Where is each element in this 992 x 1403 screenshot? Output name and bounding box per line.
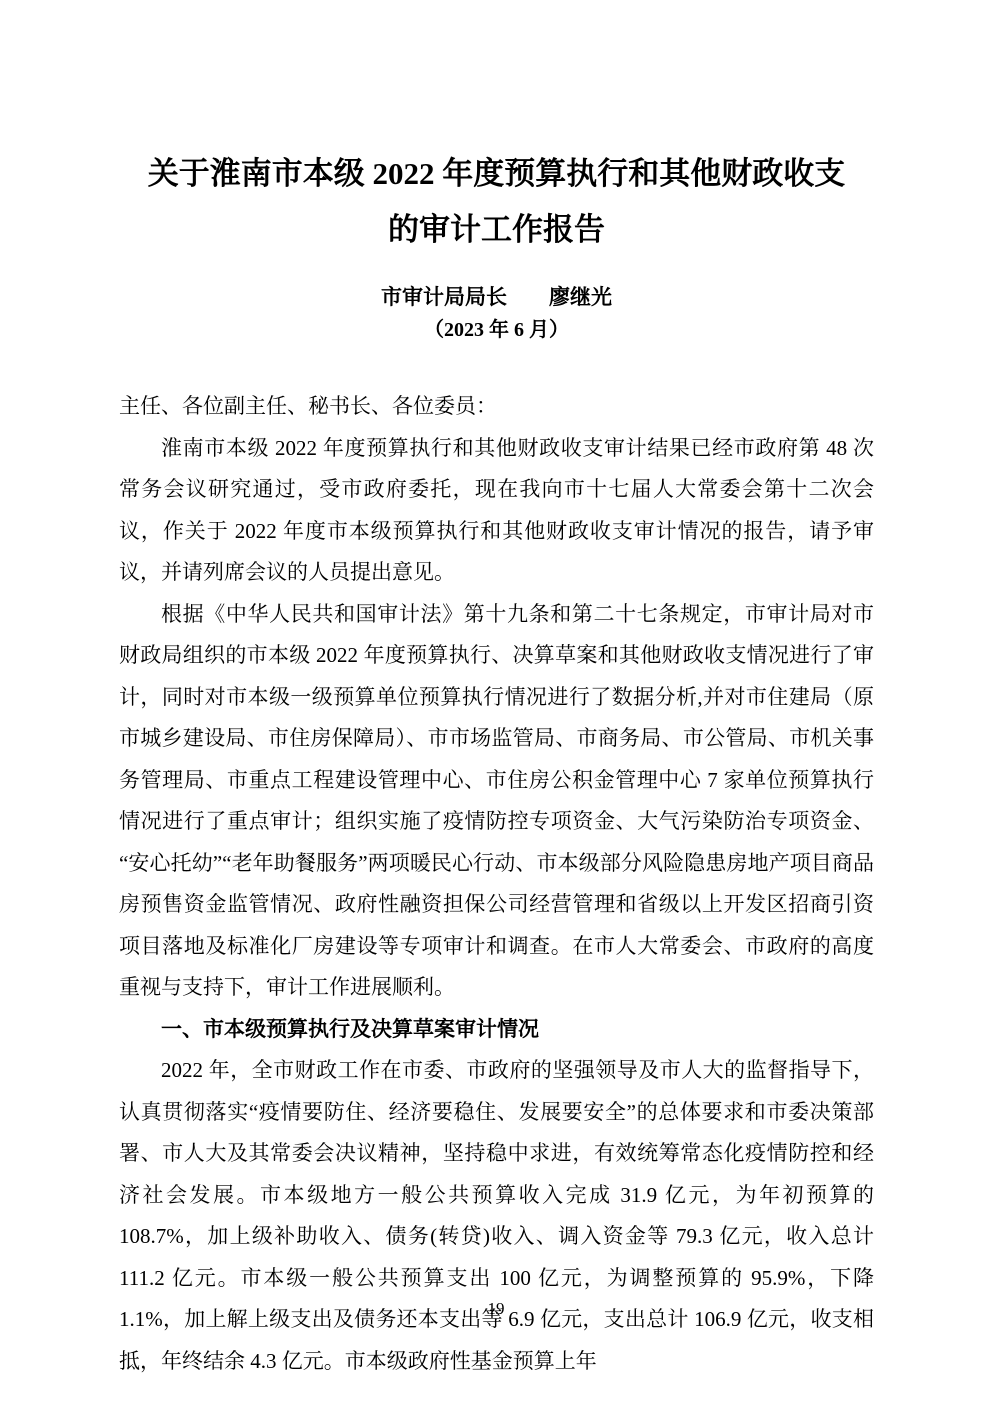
- page-number: 19: [0, 1298, 992, 1320]
- byline: 市审计局局长 廖继光: [119, 282, 874, 312]
- document-title-line1: 关于淮南市本级 2022 年度预算执行和其他财政收支: [148, 156, 846, 191]
- document-title: 关于淮南市本级 2022 年度预算执行和其他财政收支的审计工作报告: [119, 146, 874, 258]
- document-title-line2: 的审计工作报告: [388, 212, 605, 247]
- document-content: 关于淮南市本级 2022 年度预算执行和其他财政收支的审计工作报告 市审计局局长…: [119, 0, 874, 1382]
- section-1-heading: 一、市本级预算执行及决算草案审计情况: [119, 1009, 874, 1051]
- salutation: 主任、各位副主任、秘书长、各位委员：: [119, 386, 874, 428]
- document-body: 主任、各位副主任、秘书长、各位委员： 淮南市本级 2022 年度预算执行和其他财…: [119, 386, 874, 1382]
- date-line: （2023 年 6 月）: [119, 312, 874, 348]
- document-page: 关于淮南市本级 2022 年度预算执行和其他财政收支的审计工作报告 市审计局局长…: [0, 0, 992, 1403]
- paragraph-section-1-body: 2022 年，全市财政工作在市委、市政府的坚强领导及市人大的监督指导下，认真贯彻…: [119, 1050, 874, 1382]
- paragraph-intro: 淮南市本级 2022 年度预算执行和其他财政收支审计结果已经市政府第 48 次常…: [119, 428, 874, 594]
- paragraph-audit-basis: 根据《中华人民共和国审计法》第十九条和第二十七条规定，市审计局对市财政局组织的市…: [119, 594, 874, 1009]
